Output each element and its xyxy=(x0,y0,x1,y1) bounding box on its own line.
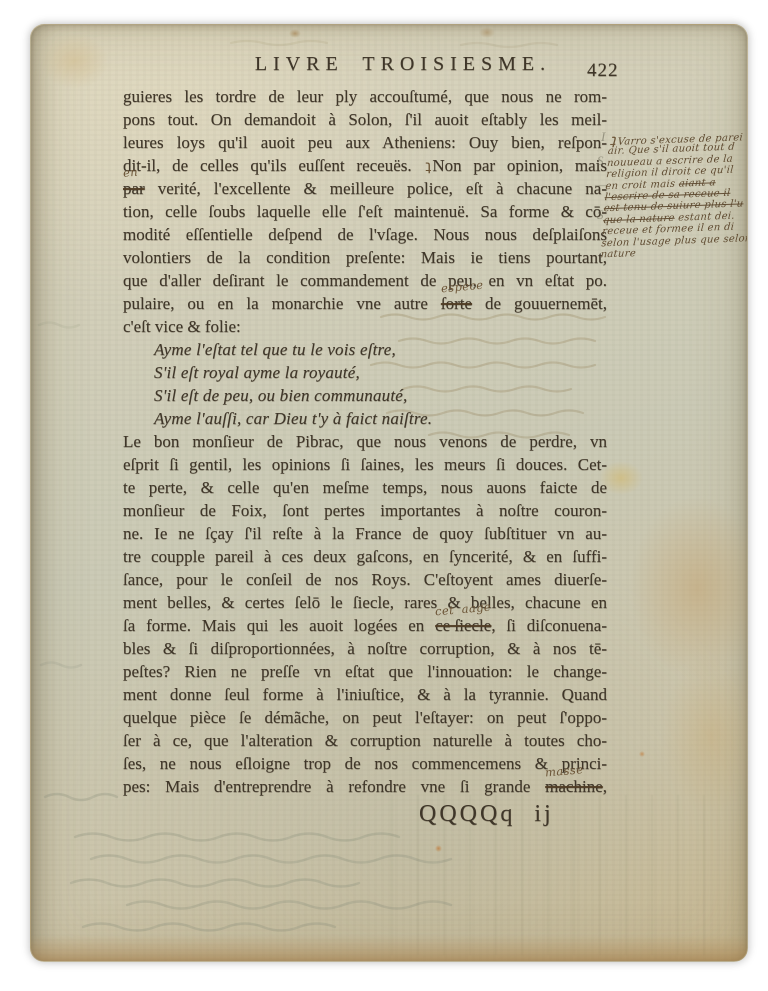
text-run: que d'aller deſirant le commandement de … xyxy=(123,271,607,290)
text-run: nature xyxy=(600,248,636,260)
verse-line: Ayme l'auſſi, car Dieu t'y à faict naiſt… xyxy=(123,407,607,430)
text-line: pons tout. On demandoit à Solon, ſ'il au… xyxy=(123,108,607,131)
paragraph-block: guieres les tordre de leur ply accouſtum… xyxy=(123,85,607,338)
text-run: ſance, pour le conſeil de nos Roys. C'eſ… xyxy=(123,570,607,589)
running-head: LIVRE TROISIESME. xyxy=(223,53,583,76)
text-line: peſtes? Rien ne preſſe vn eſtat que l'in… xyxy=(123,660,607,683)
stain xyxy=(289,29,301,38)
text-line: quelque pièce ſe démãche, on peut l'eſta… xyxy=(123,706,607,729)
text-line: Le bon monſieur de Pibrac, que nous veno… xyxy=(123,430,607,453)
handwritten-marginalia: ʇVarro s'excuse de pareiair. Que s'il au… xyxy=(600,130,748,261)
text-run: tion, celle ſoubs laquelle elle ſ'eſt ma… xyxy=(123,202,607,221)
show-through-letter: S xyxy=(597,153,604,169)
text-run: volontiers de la condition preſente: Mai… xyxy=(123,248,607,267)
text-run: leures loys qu'il auoit peu aux Athenien… xyxy=(123,133,607,152)
text-line: modité eſſentielle deſpend de l'vſage. N… xyxy=(123,223,607,246)
text-line: ſance, pour le conſeil de nos Roys. C'eſ… xyxy=(123,568,607,591)
text-line: monſieur de Foix, ſont pertes importante… xyxy=(123,499,607,522)
show-through-letter: S xyxy=(597,207,604,223)
struck-word: aiant a xyxy=(678,177,716,189)
text-run: bles & ſi diſproportionnées, à noſtre co… xyxy=(123,639,607,658)
text-line: guieres les tordre de leur ply accouſtum… xyxy=(123,85,607,108)
page-number: 422 xyxy=(587,60,619,82)
struck-word: ſorte xyxy=(441,294,472,313)
text-line: c'eſt vice & folie: xyxy=(123,315,607,338)
text-run: monſieur de Foix, ſont pertes importante… xyxy=(123,501,607,520)
text-run: Ayme l'auſſi, car Dieu t'y à faict naiſt… xyxy=(154,409,432,428)
text-run: ne. Ie ne ſçay ſ'il reſte à la France de… xyxy=(123,524,607,543)
text-run: eſprit ſi gentil, les opinions ſi ſaines… xyxy=(123,455,607,474)
text-run: ſer à ce, que l'alteration & corruption … xyxy=(123,731,607,750)
hand-correction: paren xyxy=(123,177,145,200)
text-line: pulaire, ou en la monarchie vne autre ſo… xyxy=(123,292,607,315)
struck-word: ce ſiecle xyxy=(435,616,491,635)
text-line: pes: Mais d'entreprendre à refondre vne … xyxy=(123,775,607,798)
show-through-letter: I xyxy=(601,129,605,145)
text-run: ment donne ſeul forme à l'iniuſtice, & à… xyxy=(123,685,607,704)
ink-speck xyxy=(639,751,645,757)
text-line: bles & ſi diſproportionnées, à noſtre co… xyxy=(123,637,607,660)
text-line: ſa forme. Mais qui les auoit logées en c… xyxy=(123,614,607,637)
text-line: ne. Ie ne ſçay ſ'il reſte à la France de… xyxy=(123,522,607,545)
struck-word: par xyxy=(123,179,145,198)
stain xyxy=(479,27,495,38)
insertion-anchor-mark: ʇ xyxy=(425,157,431,175)
handwritten-replacement: en xyxy=(123,166,146,179)
hand-correction: ſorteespece xyxy=(441,292,472,315)
text-run: ment belles, & certes ſelō le ſiecle, ra… xyxy=(123,593,607,612)
text-run: Non par opinion, mais xyxy=(432,156,607,175)
text-line: ment belles, & certes ſelō le ſiecle, ra… xyxy=(123,591,607,614)
text-run: S'il eſt royal ayme la royauté, xyxy=(154,363,360,382)
stain xyxy=(627,493,748,683)
text-line: tre coupple pareil à ces deux gaſcons, e… xyxy=(123,545,607,568)
scan-photo-background: { "document": { "header": { "title": "LI… xyxy=(0,0,768,991)
text-run: quelque pièce ſe démãche, on peut l'eſta… xyxy=(123,708,607,727)
verse-line: S'il eſt royal ayme la royauté, xyxy=(123,361,607,384)
hand-correction: machinemasse xyxy=(545,775,603,798)
text-run: , ſi diſconuena- xyxy=(491,616,607,635)
text-run: ſes, ne nous eſloigne trop de nos commen… xyxy=(123,754,607,773)
show-through-letter: — xyxy=(595,177,607,193)
stain xyxy=(661,655,748,815)
handwritten-replacement: espece xyxy=(440,281,472,295)
text-run: dit-il, de celles qu'ils euſſent receuës… xyxy=(123,156,423,175)
text-run: peſtes? Rien ne preſſe vn eſtat que l'in… xyxy=(123,662,607,681)
text-line: ſes, ne nous eſloigne trop de nos commen… xyxy=(123,752,607,775)
text-line: ment donne ſeul forme à l'iniuſtice, & à… xyxy=(123,683,607,706)
text-run: c'eſt vice & folie: xyxy=(123,317,241,336)
text-line: leures loys qu'il auoit peu aux Athenien… xyxy=(123,131,607,154)
text-line: paren verité, l'excellente & meilleure p… xyxy=(123,177,607,200)
text-line: tion, celle ſoubs laquelle elle ſ'eſt ma… xyxy=(123,200,607,223)
text-block: guieres les tordre de leur ply accouſtum… xyxy=(123,85,607,798)
text-run: verité, l'excellente & meilleure police,… xyxy=(145,179,607,198)
text-run: Le bon monſieur de Pibrac, que nous veno… xyxy=(123,432,607,451)
text-line: dit-il, de celles qu'ils euſſent receuës… xyxy=(123,154,607,177)
text-run: pulaire, ou en la monarchie vne autre xyxy=(123,294,441,313)
text-run: modité eſſentielle deſpend de l'vſage. N… xyxy=(123,225,607,244)
struck-word: que la nature xyxy=(603,212,675,226)
signature-mark: QQQQq ij xyxy=(419,801,554,828)
text-run: , xyxy=(603,777,607,796)
hand-correction: ce ſieclecet aage xyxy=(435,614,491,637)
text-line: que d'aller deſirant le commandement de … xyxy=(123,269,607,292)
text-run: Ayme l'eſtat tel que tu le vois eſtre, xyxy=(154,340,396,359)
text-run: ſa forme. Mais qui les auoit logées en xyxy=(123,616,435,635)
text-line: volontiers de la condition preſente: Mai… xyxy=(123,246,607,269)
marginalia-lines: ʇVarro s'excuse de pareiair. Que s'il au… xyxy=(600,130,748,261)
stain xyxy=(39,33,109,89)
scanned-book-page: LIVRE TROISIESME. 422 guieres les tordre… xyxy=(30,24,748,962)
text-line: te perte, & celle qu'en meſme temps, nou… xyxy=(123,476,607,499)
text-run: pes: Mais d'entreprendre à refondre vne … xyxy=(123,777,545,796)
paragraph-block: Le bon monſieur de Pibrac, que nous veno… xyxy=(123,430,607,798)
text-run: tre coupple pareil à ces deux gaſcons, e… xyxy=(123,547,607,566)
text-run: guieres les tordre de leur ply accouſtum… xyxy=(123,87,607,106)
text-line: eſprit ſi gentil, les opinions ſi ſaines… xyxy=(123,453,607,476)
struck-word: machine xyxy=(545,777,603,796)
verse-line: S'il eſt de peu, ou bien communauté, xyxy=(123,384,607,407)
text-run: de gouuernemēt, xyxy=(472,294,607,313)
ink-speck xyxy=(435,845,442,852)
text-run: S'il eſt de peu, ou bien communauté, xyxy=(154,386,408,405)
verse-quotation: Ayme l'eſtat tel que tu le vois eſtre,S'… xyxy=(123,338,607,430)
text-line: ſer à ce, que l'alteration & corruption … xyxy=(123,729,607,752)
verse-line: Ayme l'eſtat tel que tu le vois eſtre, xyxy=(123,338,607,361)
text-run: te perte, & celle qu'en meſme temps, nou… xyxy=(123,478,607,497)
text-run: pons tout. On demandoit à Solon, ſ'il au… xyxy=(123,110,607,129)
